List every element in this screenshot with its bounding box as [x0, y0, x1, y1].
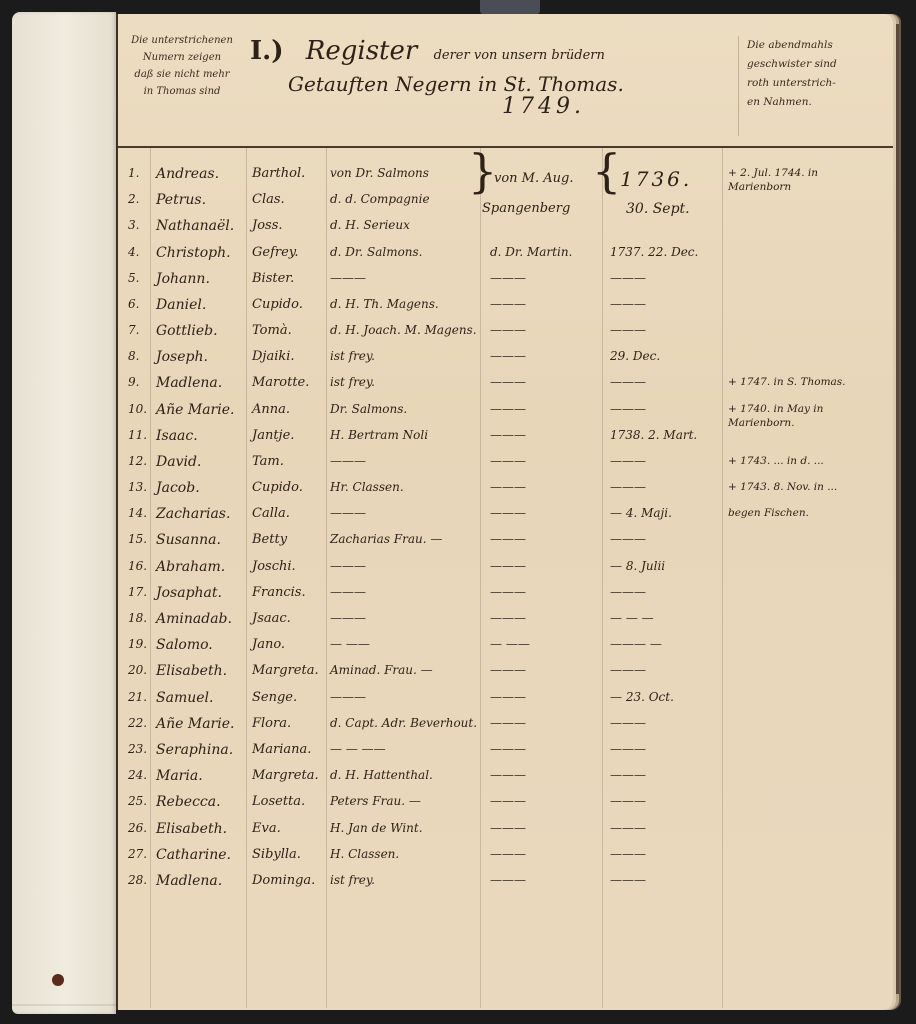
- baptismal-name-cell: Salomo.: [156, 637, 213, 653]
- table-row: 19.Salomo.Jano.— ——— ————— —: [118, 633, 893, 659]
- baptizer-cell: ———: [490, 742, 526, 756]
- baptizer-cell: ———: [490, 768, 526, 782]
- row-number-cell: 13.: [128, 480, 158, 494]
- table-row: 17.Josaphat.Francis.—————————: [118, 581, 893, 607]
- owner-cell: ist frey.: [330, 375, 375, 389]
- owner-cell: ———: [330, 271, 366, 285]
- former-name-cell: Jsaac.: [252, 611, 291, 626]
- owner-cell: Hr. Classen.: [330, 480, 404, 494]
- baptism-date-cell: ———: [610, 585, 646, 599]
- row-number-cell: 11.: [128, 428, 158, 442]
- former-name-cell: Joschi.: [252, 559, 296, 574]
- title-rest: derer von unsern brüdern: [434, 48, 605, 63]
- baptismal-name-cell: Madlena.: [156, 873, 222, 889]
- baptismal-name-cell: Maria.: [156, 768, 203, 784]
- baptismal-name-cell: Gottlieb.: [156, 323, 218, 339]
- row-number-cell: 8.: [128, 349, 158, 363]
- baptism-date-cell: — 4. Maji.: [610, 506, 672, 520]
- baptism-date-cell: 29. Dec.: [610, 349, 660, 363]
- owner-cell: d. Dr. Salmons.: [330, 245, 423, 259]
- former-name-cell: Betty: [252, 532, 287, 547]
- baptizer-cell: ———: [490, 716, 526, 730]
- table-row: 27.Catharine.Sibylla.H. Classen.——————: [118, 843, 893, 869]
- table-row: 18.Aminadab.Jsaac.——————— — —: [118, 607, 893, 633]
- row-number-cell: 24.: [128, 768, 158, 782]
- table-row: 14.Zacharias.Calla.——————— 4. Maji.begen…: [118, 502, 893, 528]
- table-row: 13.Jacob.Cupido.Hr. Classen.——————+ 1743…: [118, 476, 893, 502]
- baptizer-line: Spangenberg: [482, 194, 573, 224]
- baptism-date-cell: ———: [610, 271, 646, 285]
- right-note-line: roth unterstrich-: [747, 74, 897, 93]
- owner-cell: ———: [330, 454, 366, 468]
- owner-cell: ist frey.: [330, 349, 375, 363]
- death-note-cell: + 1743. 8. Nov. in ...: [728, 480, 878, 494]
- title-number: I.): [250, 36, 284, 66]
- baptizer-cell: — ——: [490, 637, 530, 651]
- binding-fold: [12, 1004, 116, 1006]
- former-name-cell: Calla.: [252, 506, 290, 521]
- death-note-cell: + 1743. ... in d. ...: [728, 454, 878, 468]
- baptismal-name-cell: Jacob.: [156, 480, 200, 496]
- baptismal-name-cell: Josaphat.: [156, 585, 222, 601]
- baptism-date-cell: ———: [610, 821, 646, 835]
- baptism-date-cell: ———: [610, 716, 646, 730]
- owner-cell: d. d. Compagnie: [330, 192, 430, 206]
- owner-cell: — ——: [330, 637, 370, 651]
- baptism-date-cell: ———: [610, 375, 646, 389]
- table-row: 22.Añe Marie.Flora.d. Capt. Adr. Beverho…: [118, 712, 893, 738]
- owner-cell: H. Jan de Wint.: [330, 821, 423, 835]
- owner-cell: d. H. Th. Magens.: [330, 297, 439, 311]
- baptismal-name-cell: Christoph.: [156, 245, 231, 261]
- baptizer-cell: d. Dr. Martin.: [490, 245, 572, 259]
- baptismal-name-cell: Andreas.: [156, 166, 219, 182]
- owner-cell: d. H. Joach. M. Magens.: [330, 323, 477, 337]
- right-note-line: Die abendmahls: [747, 36, 897, 55]
- former-name-cell: Jantje.: [252, 428, 294, 443]
- row-number-cell: 1.: [128, 166, 158, 180]
- former-name-cell: Dominga.: [252, 873, 315, 888]
- register-header: Die unterstrichenen Numern zeigen daß si…: [118, 14, 893, 148]
- baptizer-cell: ———: [490, 375, 526, 389]
- baptism-date-cell: ———: [610, 323, 646, 337]
- table-row: 11.Isaac.Jantje.H. Bertram Noli———1738. …: [118, 424, 893, 450]
- left-note-line: Numern zeigen: [122, 49, 242, 66]
- baptism-date-cell: ———: [610, 847, 646, 861]
- baptism-date-cell: ———: [610, 873, 646, 887]
- baptismal-name-cell: Zacharias.: [156, 506, 230, 522]
- owner-cell: ———: [330, 559, 366, 573]
- right-note-line: geschwister sind: [747, 55, 897, 74]
- baptismal-name-cell: Nathanaël.: [156, 218, 234, 234]
- baptismal-name-cell: Isaac.: [156, 428, 198, 444]
- owner-cell: von Dr. Salmons: [330, 166, 429, 180]
- former-name-cell: Tomà.: [252, 323, 292, 338]
- death-note-cell: + 1747. in S. Thomas.: [728, 375, 878, 389]
- table-row: 25.Rebecca.Losetta.Peters Frau. ———————: [118, 790, 893, 816]
- row-number-cell: 3.: [128, 218, 158, 232]
- baptizer-cell: ———: [490, 821, 526, 835]
- baptismal-name-cell: Añe Marie.: [156, 716, 234, 732]
- owner-cell: Aminad. Frau. —: [330, 663, 433, 677]
- baptismal-name-cell: Susanna.: [156, 532, 221, 548]
- former-name-cell: Losetta.: [252, 794, 305, 809]
- former-name-cell: Eva.: [252, 821, 281, 836]
- owner-cell: d. H. Serieux: [330, 218, 410, 232]
- row-number-cell: 26.: [128, 821, 158, 835]
- row-number-cell: 9.: [128, 375, 158, 389]
- baptizer-cell: ———: [490, 480, 526, 494]
- former-name-cell: Cupido.: [252, 480, 303, 495]
- row-number-cell: 18.: [128, 611, 158, 625]
- owner-cell: d. H. Hattenthal.: [330, 768, 433, 782]
- table-row: 26.Elisabeth.Eva.H. Jan de Wint.——————: [118, 817, 893, 843]
- row-number-cell: 7.: [128, 323, 158, 337]
- baptism-date-cell: — — —: [610, 611, 654, 625]
- baptismal-name-cell: Abraham.: [156, 559, 225, 575]
- table-row: 28.Madlena.Dominga.ist frey.——————: [118, 869, 893, 895]
- former-name-cell: Margreta.: [252, 663, 319, 678]
- baptizer-cell: ———: [490, 454, 526, 468]
- ink-stain: [52, 974, 64, 986]
- row-number-cell: 20.: [128, 663, 158, 677]
- baptizer-cell: ———: [490, 585, 526, 599]
- baptismal-name-cell: Petrus.: [156, 192, 206, 208]
- baptism-date-cell: ———: [610, 768, 646, 782]
- owner-cell: Peters Frau. —: [330, 794, 421, 808]
- page-edge: [896, 24, 899, 994]
- row-number-cell: 4.: [128, 245, 158, 259]
- row-number-cell: 17.: [128, 585, 158, 599]
- header-left-note: Die unterstrichenen Numern zeigen daß si…: [122, 32, 242, 100]
- baptismal-name-cell: Rebecca.: [156, 794, 221, 810]
- row-number-cell: 15.: [128, 532, 158, 546]
- table-row: 20.Elisabeth.Margreta.Aminad. Frau. ————…: [118, 659, 893, 685]
- table-row: 4.Christoph.Gefrey.d. Dr. Salmons.d. Dr.…: [118, 241, 893, 267]
- header-right-note: Die abendmahls geschwister sind roth unt…: [738, 36, 897, 136]
- baptizer-cell: ———: [490, 794, 526, 808]
- baptizer-cell: ———: [490, 847, 526, 861]
- baptizer-cell: ———: [490, 506, 526, 520]
- owner-cell: ist frey.: [330, 873, 375, 887]
- table-row: 8.Joseph.Djaiki.ist frey.———29. Dec.: [118, 345, 893, 371]
- table-row: 12.David.Tam.—————————+ 1743. ... in d. …: [118, 450, 893, 476]
- date-line: 30. Sept.: [626, 194, 692, 224]
- table-row: 6.Daniel.Cupido.d. H. Th. Magens.——————: [118, 293, 893, 319]
- table-row: 9.Madlena.Marotte.ist frey.——————+ 1747.…: [118, 371, 893, 397]
- baptismal-name-cell: Madlena.: [156, 375, 222, 391]
- row-number-cell: 6.: [128, 297, 158, 311]
- baptism-date-cell: ——— —: [610, 637, 662, 651]
- former-name-cell: Joss.: [252, 218, 283, 233]
- row-number-cell: 5.: [128, 271, 158, 285]
- former-name-cell: Marotte.: [252, 375, 309, 390]
- group-brace-date: { 1736. 30. Sept.: [592, 164, 692, 224]
- baptism-date-cell: — 8. Julii: [610, 559, 665, 573]
- baptism-date-cell: — 23. Oct.: [610, 690, 674, 704]
- title-line2: Getauften Negern in St. Thomas.: [288, 72, 730, 96]
- owner-cell: H. Classen.: [330, 847, 399, 861]
- table-row: 16.Abraham.Joschi.——————— 8. Julii: [118, 555, 893, 581]
- row-number-cell: 25.: [128, 794, 158, 808]
- baptismal-name-cell: Samuel.: [156, 690, 213, 706]
- owner-cell: ———: [330, 506, 366, 520]
- former-name-cell: Clas.: [252, 192, 285, 207]
- owner-cell: ———: [330, 585, 366, 599]
- former-name-cell: Cupido.: [252, 297, 303, 312]
- baptism-date-cell: ———: [610, 663, 646, 677]
- left-note-line: in Thomas sind: [122, 83, 242, 100]
- table-row: 5.Johann.Bister.—————————: [118, 267, 893, 293]
- left-note-line: daß sie nicht mehr: [122, 66, 242, 83]
- former-name-cell: Tam.: [252, 454, 284, 469]
- row-number-cell: 16.: [128, 559, 158, 573]
- owner-cell: Dr. Salmons.: [330, 402, 407, 416]
- row-number-cell: 2.: [128, 192, 158, 206]
- baptizer-cell: ———: [490, 873, 526, 887]
- former-name-cell: Anna.: [252, 402, 290, 417]
- row-number-cell: 19.: [128, 637, 158, 651]
- baptismal-name-cell: David.: [156, 454, 201, 470]
- baptismal-name-cell: Elisabeth.: [156, 663, 227, 679]
- row-number-cell: 22.: [128, 716, 158, 730]
- baptizer-cell: ———: [490, 428, 526, 442]
- baptism-date-cell: ———: [610, 297, 646, 311]
- former-name-cell: Gefrey.: [252, 245, 299, 260]
- table-row: 23.Seraphina.Mariana.— — ————————: [118, 738, 893, 764]
- baptizer-cell: ———: [490, 297, 526, 311]
- row-number-cell: 21.: [128, 690, 158, 704]
- book-binding: [12, 12, 116, 1014]
- baptizer-cell: ———: [490, 271, 526, 285]
- row-number-cell: 28.: [128, 873, 158, 887]
- baptism-date-cell: ———: [610, 480, 646, 494]
- baptismal-name-cell: Aminadab.: [156, 611, 232, 627]
- baptizer-cell: ———: [490, 611, 526, 625]
- group-brace-baptizer: } von M. Aug. Spangenberg: [480, 164, 573, 224]
- row-number-cell: 14.: [128, 506, 158, 520]
- former-name-cell: Senge.: [252, 690, 297, 705]
- row-number-cell: 12.: [128, 454, 158, 468]
- baptism-date-cell: ———: [610, 742, 646, 756]
- owner-cell: Zacharias Frau. —: [330, 532, 442, 546]
- baptismal-name-cell: Añe Marie.: [156, 402, 234, 418]
- former-name-cell: Sibylla.: [252, 847, 301, 862]
- baptismal-name-cell: Catharine.: [156, 847, 231, 863]
- baptismal-name-cell: Joseph.: [156, 349, 208, 365]
- owner-cell: — — ——: [330, 742, 386, 756]
- table-row: 15.Susanna.BettyZacharias Frau. ———————: [118, 528, 893, 554]
- baptism-date-cell: ———: [610, 454, 646, 468]
- row-number-cell: 10.: [128, 402, 158, 416]
- former-name-cell: Barthol.: [252, 166, 305, 181]
- baptismal-name-cell: Johann.: [156, 271, 210, 287]
- baptizer-cell: ———: [490, 690, 526, 704]
- register-page: Die unterstrichenen Numern zeigen daß si…: [116, 14, 893, 1010]
- former-name-cell: Margreta.: [252, 768, 319, 783]
- title-year: 1749.: [502, 94, 730, 119]
- row-number-cell: 23.: [128, 742, 158, 756]
- baptizer-line: von M. Aug.: [494, 164, 573, 194]
- baptism-date-cell: ———: [610, 402, 646, 416]
- owner-cell: H. Bertram Noli: [330, 428, 428, 442]
- table-row: 7.Gottlieb.Tomà.d. H. Joach. M. Magens.—…: [118, 319, 893, 345]
- row-number-cell: 27.: [128, 847, 158, 861]
- former-name-cell: Mariana.: [252, 742, 311, 757]
- former-name-cell: Francis.: [252, 585, 306, 600]
- baptism-date-cell: 1738. 2. Mart.: [610, 428, 697, 442]
- baptizer-cell: ———: [490, 402, 526, 416]
- baptismal-name-cell: Elisabeth.: [156, 821, 227, 837]
- page-title: I.) Register derer von unsern brüdern Ge…: [250, 36, 730, 119]
- baptism-date-cell: ———: [610, 794, 646, 808]
- baptism-date-cell: ———: [610, 532, 646, 546]
- baptizer-cell: ———: [490, 323, 526, 337]
- baptizer-cell: ———: [490, 532, 526, 546]
- death-note-cell: begen Fischen.: [728, 506, 878, 520]
- date-line: 1736.: [620, 164, 692, 194]
- former-name-cell: Flora.: [252, 716, 291, 731]
- owner-cell: ———: [330, 690, 366, 704]
- baptism-date-cell: 1737. 22. Dec.: [610, 245, 698, 259]
- former-name-cell: Bister.: [252, 271, 294, 286]
- right-note-line: en Nahmen.: [747, 93, 897, 112]
- owner-cell: ———: [330, 611, 366, 625]
- table-row: 10.Añe Marie.Anna.Dr. Salmons.——————+ 17…: [118, 398, 893, 424]
- document-clip: [480, 0, 540, 14]
- left-note-line: Die unterstrichenen: [122, 32, 242, 49]
- table-row: 24.Maria.Margreta.d. H. Hattenthal.—————…: [118, 764, 893, 790]
- baptizer-cell: ———: [490, 349, 526, 363]
- baptizer-cell: ———: [490, 559, 526, 573]
- table-row: 21.Samuel.Senge.——————— 23. Oct.: [118, 686, 893, 712]
- former-name-cell: Djaiki.: [252, 349, 295, 364]
- baptizer-cell: ———: [490, 663, 526, 677]
- title-register: Register: [306, 36, 418, 66]
- former-name-cell: Jano.: [252, 637, 285, 652]
- baptismal-name-cell: Seraphina.: [156, 742, 233, 758]
- owner-cell: d. Capt. Adr. Beverhout.: [330, 716, 477, 730]
- baptismal-name-cell: Daniel.: [156, 297, 206, 313]
